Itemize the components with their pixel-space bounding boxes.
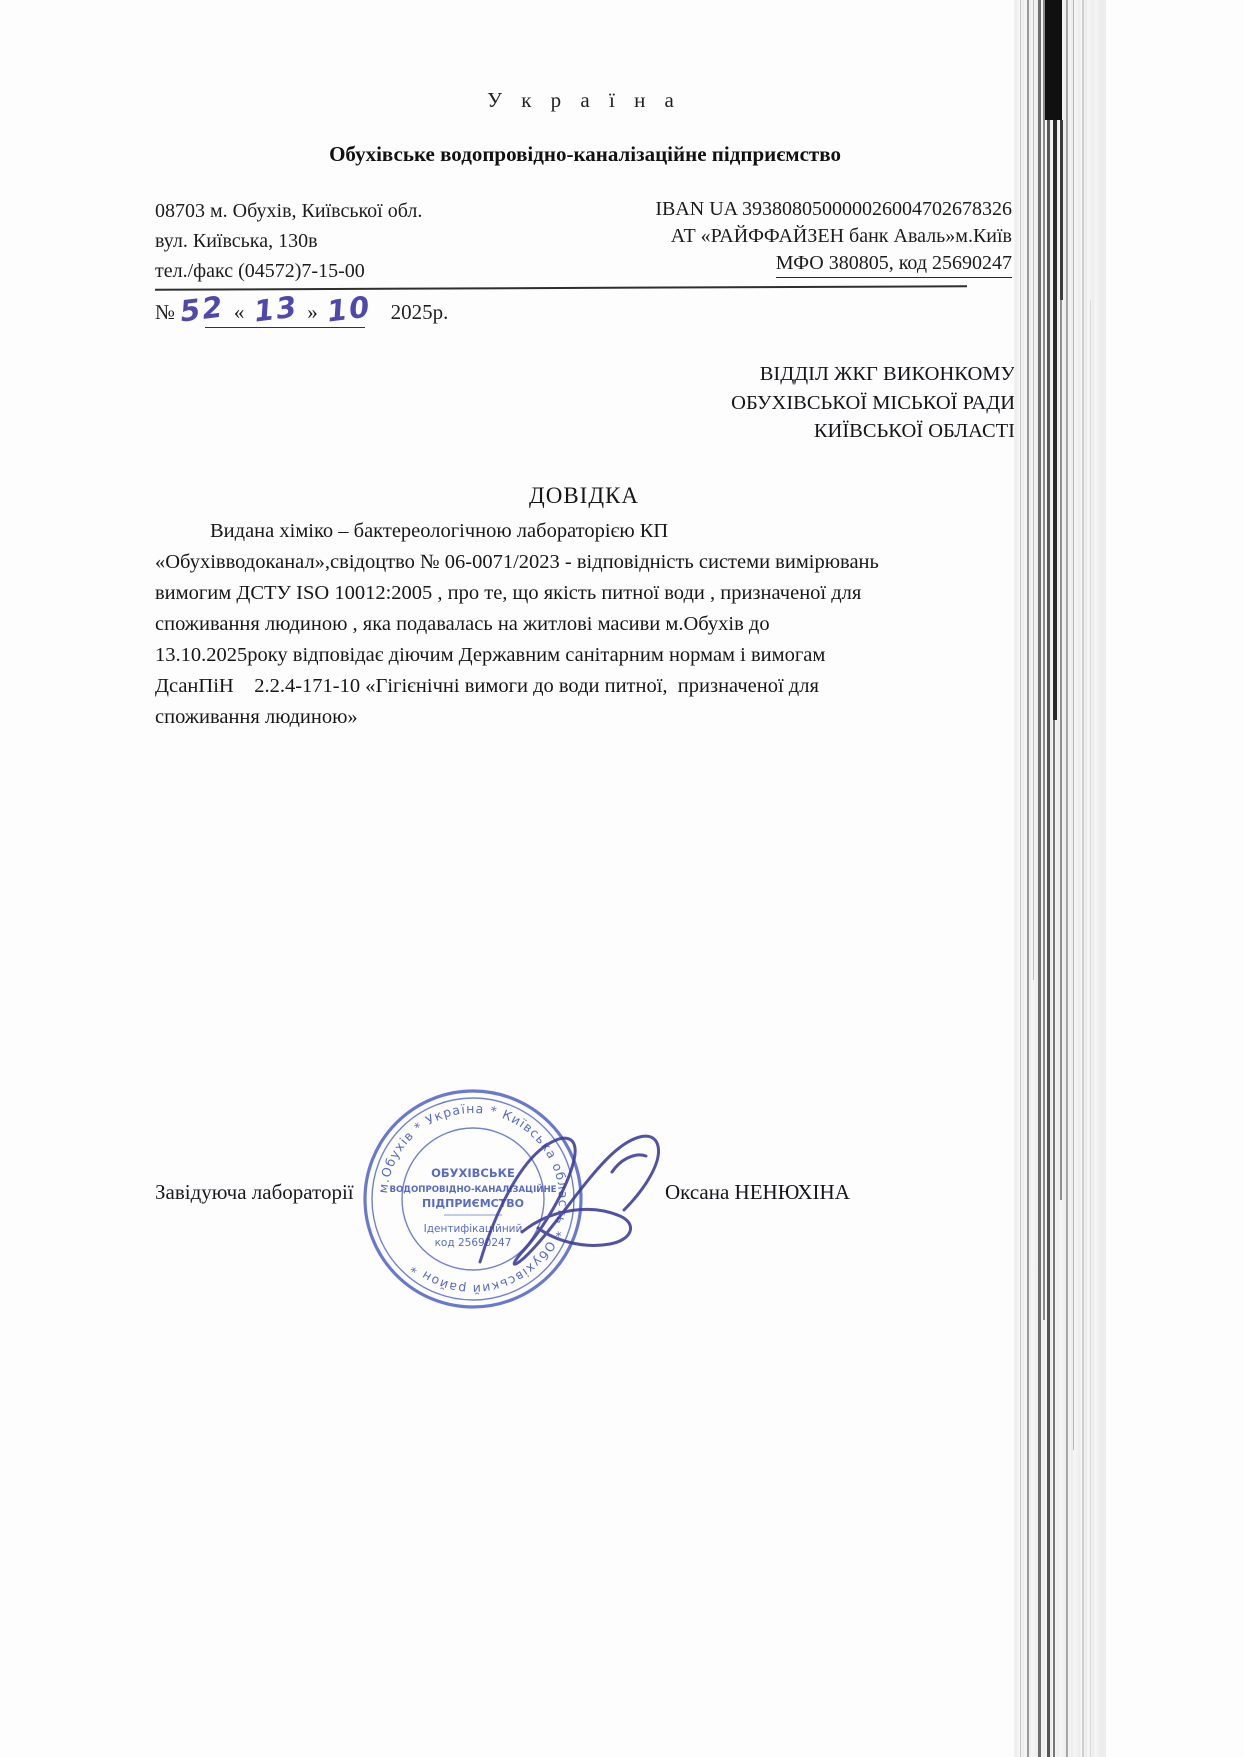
scan-artifact-line: [1060, 300, 1062, 1200]
paragraph-line: споживання людиною , яка подавалась на ж…: [155, 609, 1035, 640]
signer-name: Оксана НЕНЮХІНА: [665, 1180, 850, 1205]
company-name: Обухівське водопровідно-каналізаційне пі…: [120, 142, 1050, 167]
contact-block: 08703 м. Обухів, Київської обл. вул. Киї…: [155, 196, 635, 286]
scan-artifact-line: [1066, 0, 1068, 1757]
mfo-line: МФО 380805, код 25690247: [600, 250, 1012, 278]
scan-artifact-line: [1090, 300, 1091, 1757]
paragraph-line: вимогим ДСТУ ISO 10012:2005 , про те, що…: [155, 578, 1035, 609]
scan-artifact-line: [1047, 120, 1050, 1757]
scan-artifact-line: [1053, 120, 1057, 720]
paragraph-line: Видана хіміко – бактереологічною лаборат…: [155, 516, 1035, 547]
recipient-block: ВІДДІЛ ЖКГ ВИКОНКОМУ ОБУХІВСЬКОЇ МІСЬКОЇ…: [560, 360, 1015, 446]
document-number-line: № 52 « 13 » 10 2025р.: [155, 292, 575, 336]
address-line-3: тел./факс (04572)7-15-00: [155, 256, 635, 286]
iban-line: IBAN UA 393808050000026004702678326: [600, 196, 1012, 223]
bank-details-block: IBAN UA 393808050000026004702678326 АТ «…: [600, 196, 1012, 278]
year-label: 2025р.: [391, 300, 449, 324]
scan-artifact-line: [1060, 120, 1063, 300]
body-paragraph: Видана хіміко – бактереологічною лаборат…: [155, 516, 1035, 733]
signature-ink: [462, 1112, 692, 1292]
scan-artifact-line: [1053, 720, 1055, 1757]
date-underline: [205, 327, 365, 328]
scan-artifact-line: [1082, 0, 1084, 1757]
country-title: У к р а ї н а: [155, 88, 1013, 113]
recipient-line-1: ВІДДІЛ ЖКГ ВИКОНКОМУ: [560, 360, 1015, 389]
open-quote: «: [234, 300, 245, 324]
scan-artifact-line: [1033, 0, 1034, 980]
handwritten-day: 13: [252, 289, 300, 328]
number-label: №: [155, 300, 175, 324]
address-line-2: вул. Київська, 130в: [155, 226, 635, 256]
scan-artifact-line: [1027, 0, 1029, 1757]
address-line-1: 08703 м. Обухів, Київської обл.: [155, 196, 635, 226]
handwritten-number: 52: [178, 289, 226, 328]
scan-artifact-line: [1020, 0, 1021, 1757]
scan-artifact-blob: [1045, 0, 1062, 120]
recipient-line-2: ОБУХІВСЬКОЇ МІСЬКОЇ РАДИ: [560, 389, 1015, 418]
header-divider: [155, 285, 967, 291]
scan-artifact-line: [1073, 0, 1074, 1450]
paragraph-line: споживання людиною»: [155, 702, 1035, 733]
recipient-line-3: КИЇВСЬКОЇ ОБЛАСТІ: [560, 417, 1015, 446]
close-quote: »: [307, 300, 318, 324]
document-title: ДОВІДКА: [155, 483, 1013, 509]
scan-artifact-line: [1043, 0, 1045, 1320]
signer-role-label: Завідуюча лабораторії: [155, 1180, 354, 1205]
scan-artifact-line: [1038, 0, 1041, 1757]
handwritten-month: 10: [325, 289, 373, 328]
bank-name-line: АТ «РАЙФФАЙЗЕН банк Аваль»м.Київ: [600, 223, 1012, 250]
scan-artifact-line: [1100, 0, 1106, 1757]
paragraph-line: 13.10.2025року відповідає діючим Державн…: [155, 640, 1035, 671]
scanned-document-page: У к р а ї н а Обухівське водопровідно-ка…: [0, 0, 1244, 1757]
paragraph-line: ДсанПіН 2.2.4-171-10 «Гігієнічні вимоги …: [155, 671, 1035, 702]
paragraph-line: «Обухівводоканал»,свідоцтво № 06-0071/20…: [155, 547, 1035, 578]
